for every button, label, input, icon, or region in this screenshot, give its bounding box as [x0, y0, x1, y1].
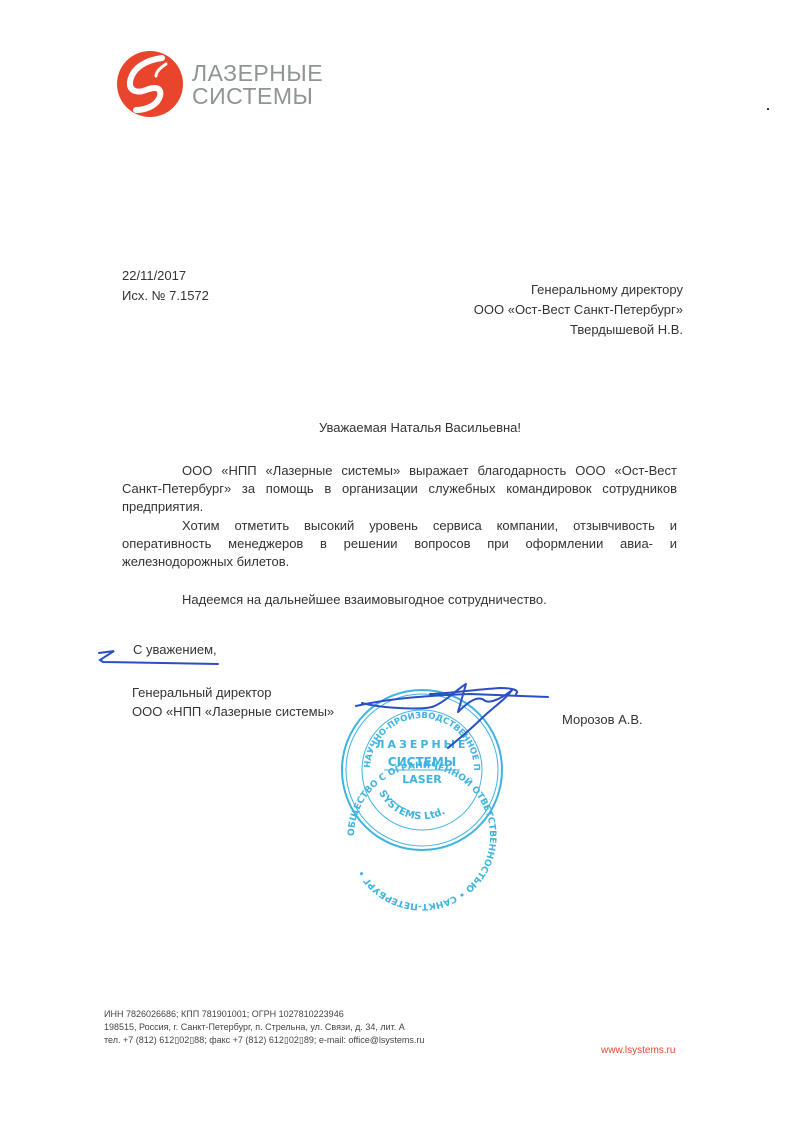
addressee-company: ООО «Ост-Вест Санкт-Петербург» — [474, 300, 683, 320]
addressee-block: Генеральному директору ООО «Ост-Вест Сан… — [474, 280, 683, 340]
footer-contacts: тел. +7 (812) 612▯02▯88; факс +7 (812) 6… — [104, 1034, 424, 1047]
footer-address: 198515, Россия, г. Санкт-Петербург, п. С… — [104, 1021, 424, 1034]
addressee-position: Генеральному директору — [474, 280, 683, 300]
company-name: ЛАЗЕРНЫЕ СИСТЕМЫ — [192, 62, 323, 108]
paragraph-service: Хотим отметить высокий уровень сервиса к… — [122, 517, 677, 571]
outgoing-number: Исх. № 7.1572 — [122, 286, 209, 306]
company-name-line1: ЛАЗЕРНЫЕ — [192, 62, 323, 85]
paragraph-gratitude: ООО «НПП «Лазерные системы» выражает бла… — [122, 462, 677, 516]
company-logo: ЛАЗЕРНЫЕ СИСТЕМЫ — [116, 50, 346, 120]
signer-position: Генеральный директор — [132, 683, 334, 702]
footer-registration: ИНН 7826026686; КПП 781901001; ОГРН 1027… — [104, 1008, 424, 1021]
letter-date: 22/11/2017 — [122, 266, 209, 286]
company-stamp-icon: ОБЩЕСТВО С ОГРАНИЧЕННОЙ ОТВЕТСТВЕННОСТЬЮ… — [0, 0, 502, 911]
svg-text:SYSTEMS Ltd.: SYSTEMS Ltd. — [376, 788, 447, 822]
svg-text:ЛАЗЕРНЫЕ: ЛАЗЕРНЫЕ — [375, 738, 468, 751]
salutation: Уважаемая Наталья Васильевна! — [0, 420, 800, 435]
closing: С уважением, — [133, 642, 217, 657]
company-name-line2: СИСТЕМЫ — [192, 85, 323, 108]
signer-company: ООО «НПП «Лазерные системы» — [132, 702, 334, 721]
svg-text:СИСТЕМЫ: СИСТЕМЫ — [388, 755, 456, 769]
svg-text:ОБЩЕСТВО С ОГРАНИЧЕННОЙ ОТВЕТС: ОБЩЕСТВО С ОГРАНИЧЕННОЙ ОТВЕТСТВЕННОСТЬЮ… — [347, 761, 497, 911]
company-s-swirl-logo-icon — [116, 50, 184, 118]
svg-text:LASER: LASER — [402, 773, 442, 786]
scan-speck — [767, 108, 769, 110]
signer-title: Генеральный директор ООО «НПП «Лазерные … — [132, 683, 334, 721]
website-link[interactable]: www.lsystems.ru — [601, 1045, 675, 1056]
company-details-footer: ИНН 7826026686; КПП 781901001; ОГРН 1027… — [104, 1008, 424, 1047]
addressee-name: Твердышевой Н.В. — [474, 320, 683, 340]
signer-name: Морозов А.В. — [562, 712, 643, 727]
signature-icon — [356, 684, 548, 748]
date-reference-block: 22/11/2017 Исх. № 7.1572 — [122, 266, 209, 306]
paragraph-cooperation: Надеемся на дальнейшее взаимовыгодное со… — [122, 591, 677, 609]
